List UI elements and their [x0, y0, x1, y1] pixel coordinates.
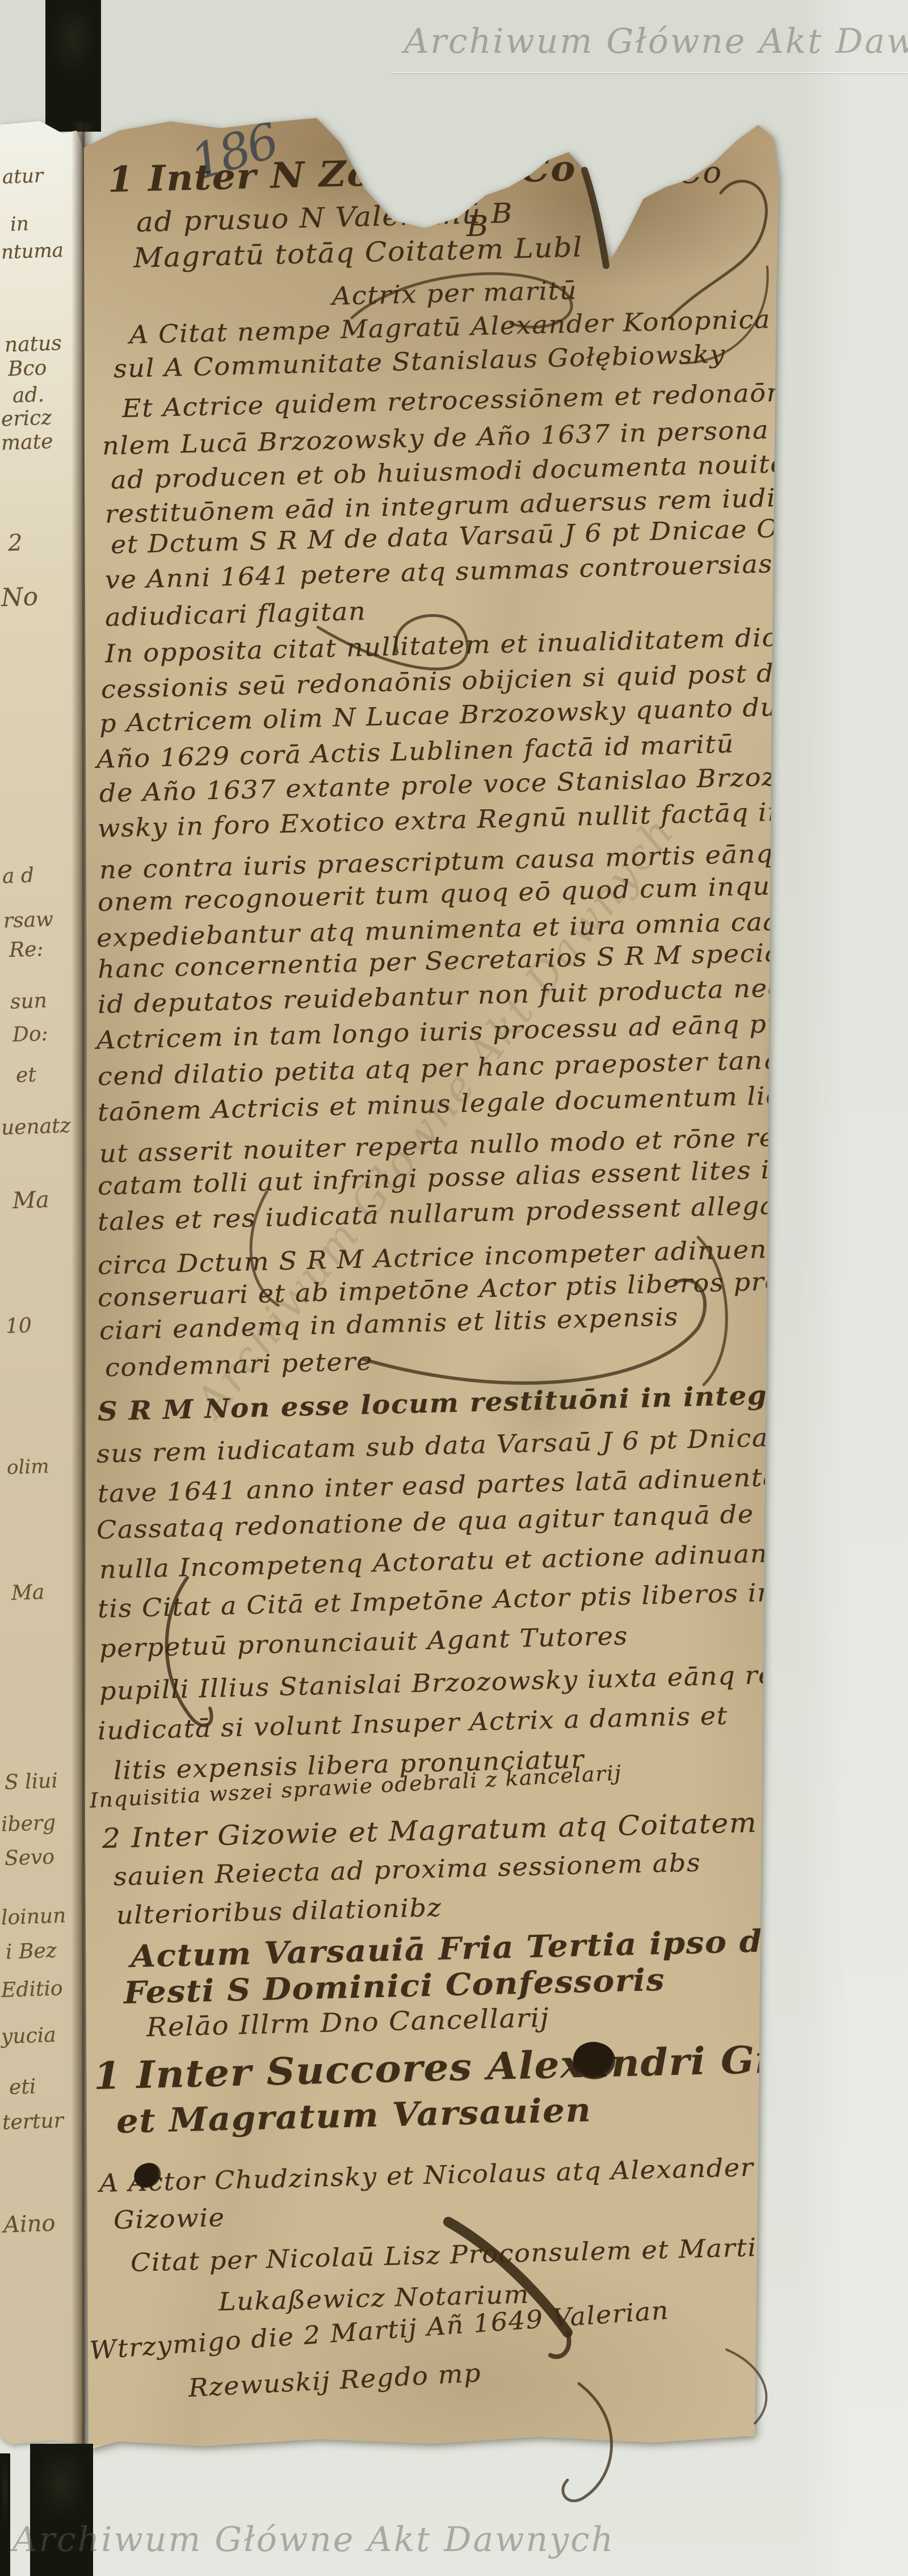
- margin-fragment: i Bez: [5, 1939, 57, 1964]
- manuscript-line: adiudicari flagitan: [104, 597, 367, 632]
- manuscript-line: et Magratum Varsauien: [116, 2090, 592, 2140]
- manuscript-line: Actrix per maritū: [331, 276, 578, 311]
- manuscript-line: pupilli Illius Stanislai Brzozowsky iuxt…: [99, 1660, 801, 1706]
- manuscript-line: nulla Incompetenq Actoratu et actione ad…: [99, 1539, 768, 1585]
- archive-watermark-top: Archiwum Główne Akt Dawnych: [404, 22, 908, 61]
- margin-fragment: loinun: [1, 1904, 66, 1930]
- margin-fragment: Aino: [3, 2210, 56, 2238]
- margin-fragment: uenatz: [1, 1114, 71, 1140]
- margin-fragment: in: [10, 212, 29, 236]
- margin-fragment: Ma: [12, 1187, 49, 1214]
- binding-strip-bottom-left: [0, 2453, 10, 2576]
- manuscript-line: iudicatā si volunt Insuper Actrix a damn…: [97, 1701, 728, 1746]
- margin-fragment: olim: [6, 1455, 49, 1480]
- manuscript-line: Co: [678, 156, 722, 191]
- margin-fragment: Sevo: [4, 1846, 54, 1871]
- margin-fragment: sun: [10, 989, 47, 1014]
- margin-fragment: eti: [9, 2075, 36, 2099]
- margin-fragment: ntuma: [1, 239, 64, 264]
- margin-fragment: yucia: [1, 2024, 56, 2049]
- margin-fragment: S liui: [4, 1770, 58, 1795]
- margin-fragment: Editio: [1, 1977, 63, 2002]
- manuscript-line: Gizowie: [113, 2203, 225, 2235]
- manuscript-page-wrap: Archiwum Główne Akt Dawnych 186 1 Inter …: [84, 114, 790, 2455]
- background-scratch-line: [392, 72, 908, 73]
- manuscript-line: 1 Inter Succores Alexandri Giß: [93, 2037, 802, 2098]
- manuscript-line: ad prusuo N Valerianū B: [136, 197, 513, 238]
- margin-fragment: ericz: [1, 406, 52, 431]
- margin-fragment: a d: [2, 864, 34, 888]
- margin-fragment: iberg: [1, 1812, 56, 1837]
- manuscript-line: A Actor Chudzinsky et Nicolaus atq Alexa…: [99, 2153, 754, 2198]
- manuscript-line: ulterioribus dilationibz: [116, 1893, 442, 1930]
- binding-strip-top: [45, 0, 101, 132]
- manuscript-line: condemnari petere: [104, 1347, 373, 1382]
- margin-fragment: tertur: [2, 2109, 64, 2134]
- main-page: Archiwum Główne Akt Dawnych 186 1 Inter …: [84, 114, 790, 2455]
- manuscript-line: Citat per Nicolaū Lisz Proconsulem et Ma…: [130, 2232, 793, 2277]
- manuscript-line: perpetuū pronunciauit Agant Tutores: [99, 1621, 628, 1663]
- margin-fragment: mate: [1, 430, 53, 455]
- margin-fragment: 2: [7, 530, 23, 557]
- manuscript-line: Magratū totāq Coitatem Lubl: [133, 231, 583, 274]
- deckle-edge-fibers: [84, 2447, 790, 2452]
- margin-fragment: et: [15, 1064, 36, 1087]
- margin-fragment: rsaw: [3, 908, 53, 933]
- margin-fragment: Do:: [12, 1022, 48, 1047]
- margin-fragment: No: [1, 582, 39, 612]
- manuscript-line: Et Actrice quidem retrocessiōnem et redo…: [121, 375, 897, 423]
- scan-background: Archiwum Główne Akt Dawnych aturinntuman…: [0, 0, 908, 2576]
- margin-fragment: Bco: [7, 356, 47, 381]
- margin-fragment: Ma: [11, 1581, 45, 1605]
- margin-fragment: 10: [5, 1314, 32, 1338]
- manuscript-line: sauien Reiecta ad proxima sessionem abs: [113, 1848, 701, 1892]
- archive-watermark-bottom: Archiwum Główne Akt Dawnych: [12, 2520, 615, 2560]
- manuscript-line: A Citat nempe Magratū Alexander Konopnic…: [129, 302, 884, 349]
- manuscript-line: B: [466, 209, 490, 243]
- margin-fragment: natus: [4, 331, 62, 356]
- margin-fragment: ad.: [12, 383, 44, 407]
- manuscript-line: 1 Inter N Zophiam Co: [107, 148, 577, 200]
- manuscript-line: Rzewuskij Regdo mp: [188, 2359, 482, 2403]
- margin-fragment: atur: [2, 165, 43, 188]
- margin-fragment: Re:: [9, 938, 44, 962]
- manuscript-line: 2 Inter Gizowie et Magratum atq Coitatem…: [102, 1805, 819, 1855]
- manuscript-line: tis Citat a Citā et Impetōne Actor ptis …: [97, 1578, 775, 1624]
